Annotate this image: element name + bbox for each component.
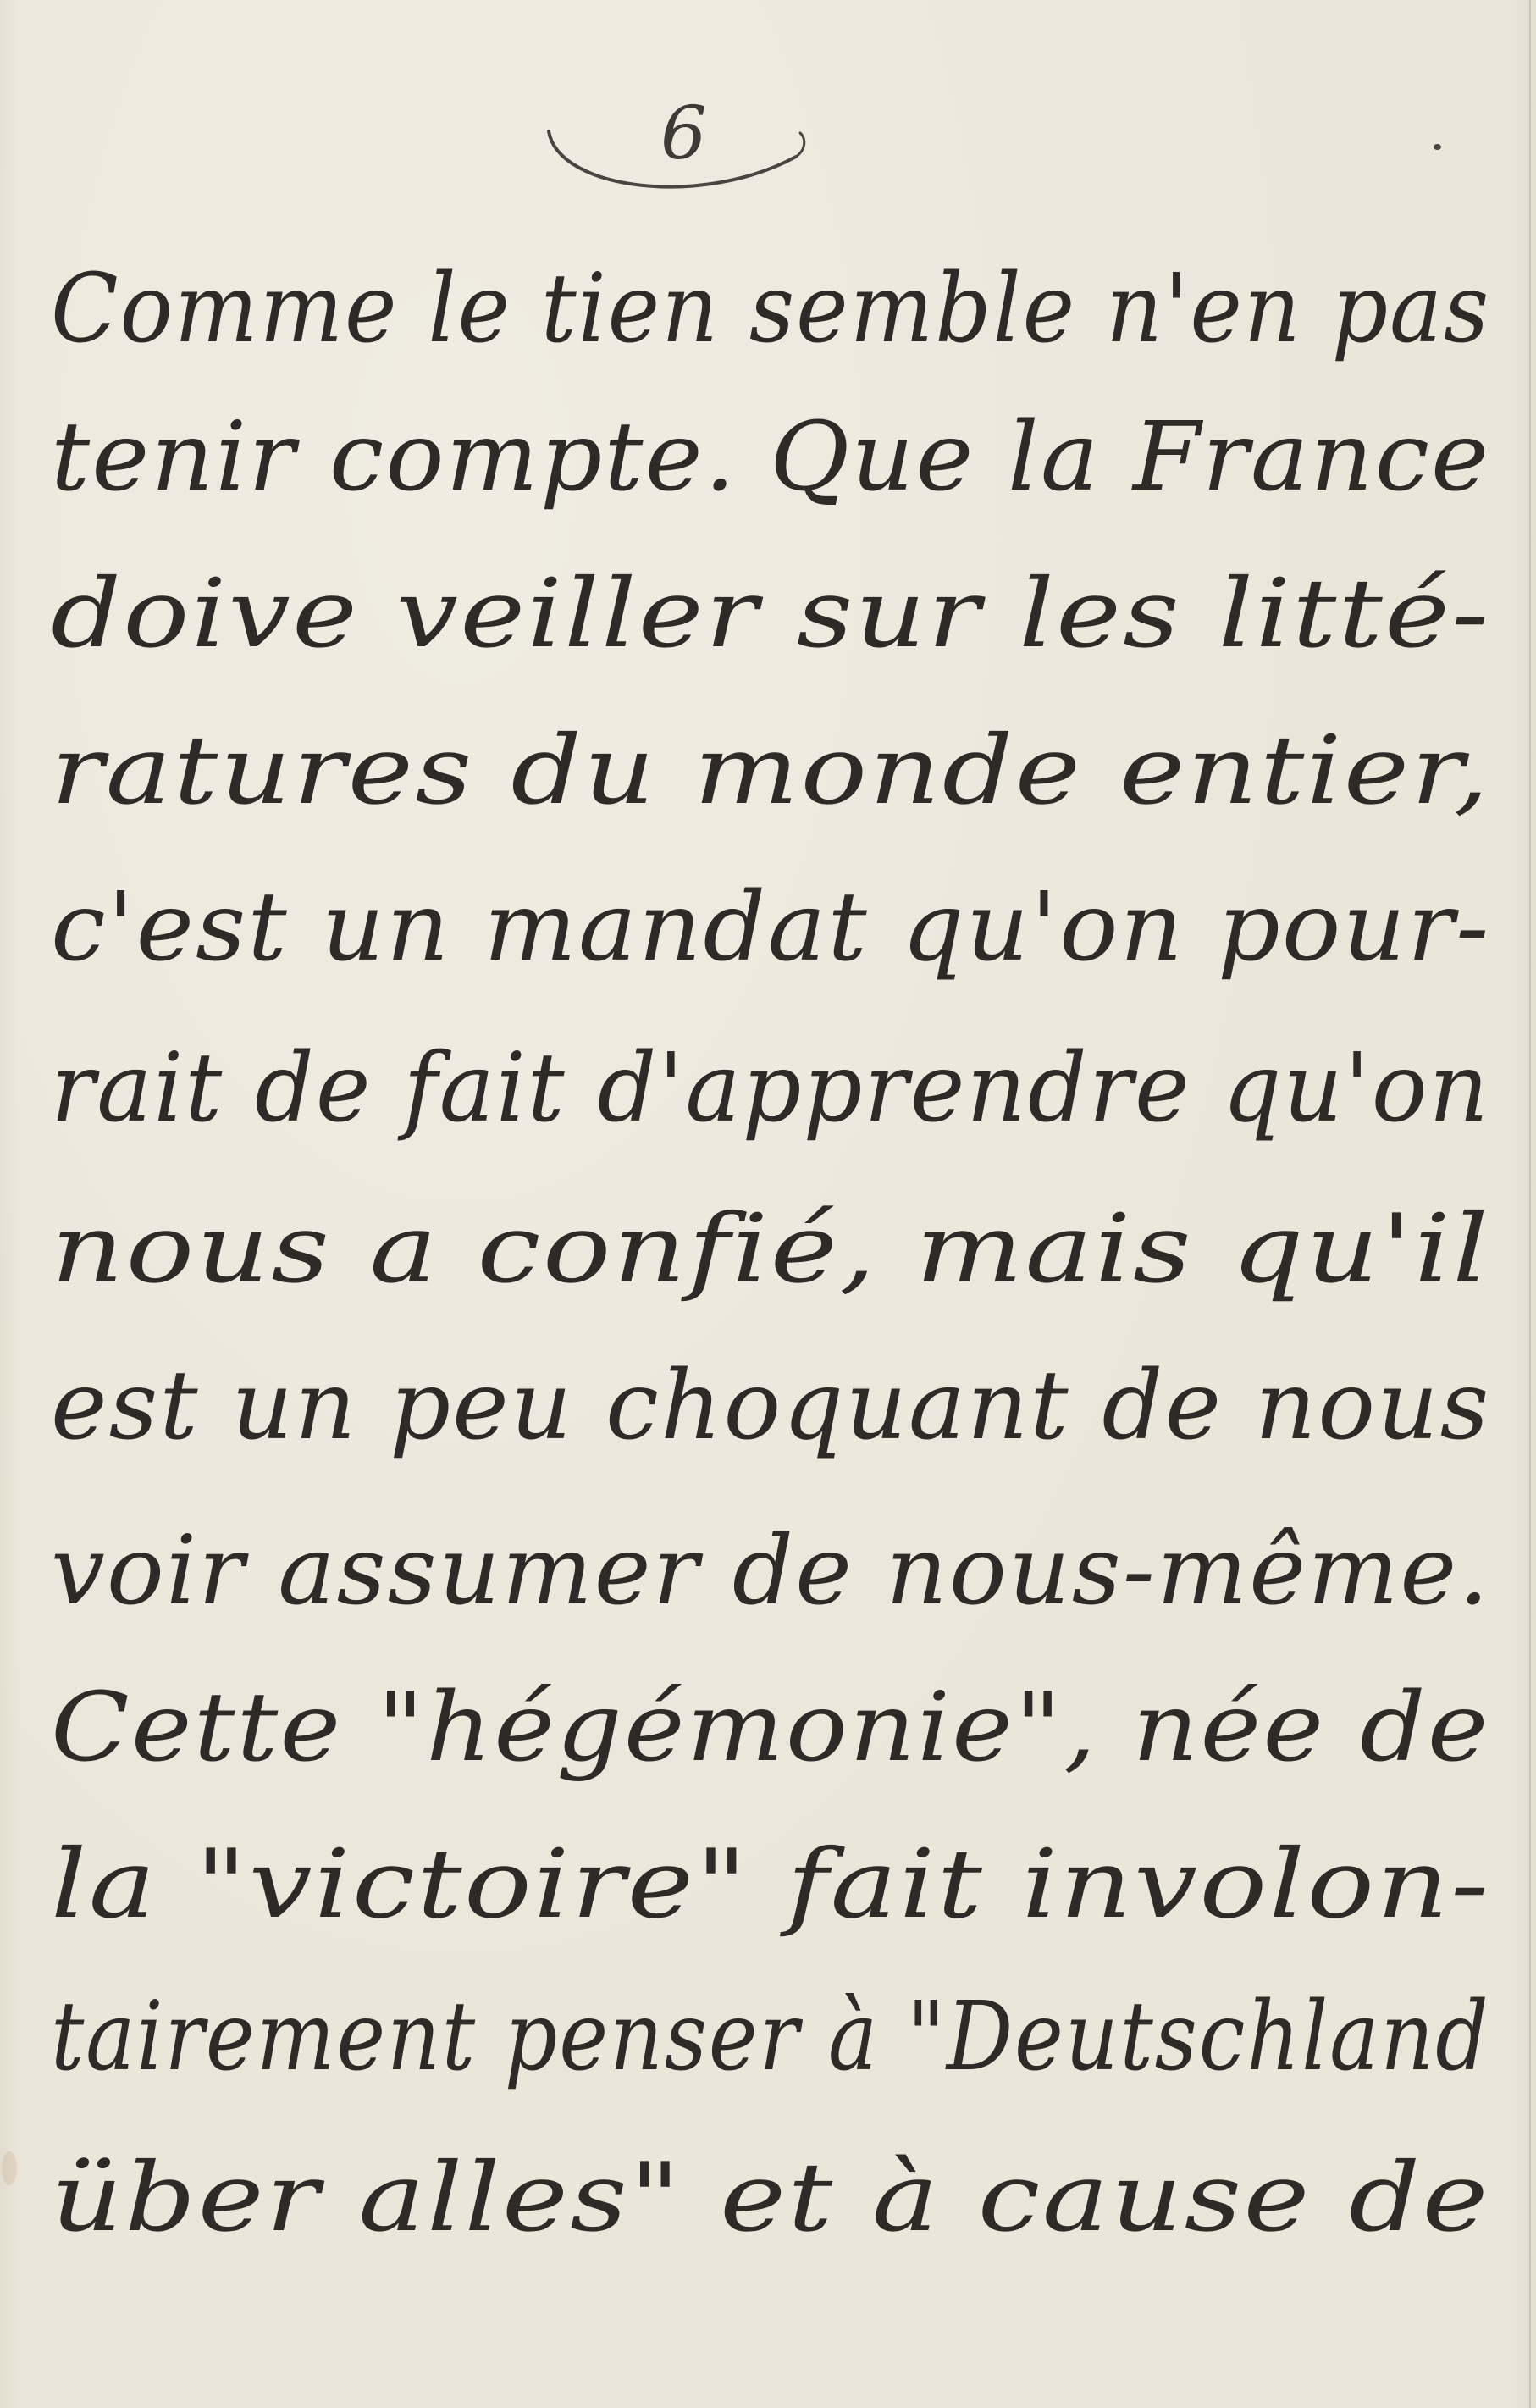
text-line-7: nous a confié, mais qu'il (51, 1194, 1490, 1304)
text-line-12: tairement penser à "Deutschland (51, 1982, 1490, 2092)
text-line-8: est un peu choquant de nous (51, 1351, 1490, 1461)
text-line-13: über alles" et à cause de (51, 2143, 1490, 2253)
ink-spot (1434, 144, 1441, 150)
text-line-2: tenir compte. Que la France (51, 402, 1490, 512)
text-line-3: doive veiller sur les litté- (51, 559, 1490, 669)
text-line-9: voir assumer de nous-même. (51, 1516, 1490, 1626)
page-edge (1529, 0, 1531, 2408)
page-number: 6 (660, 97, 707, 170)
text-line-1: Comme le tien semble n'en pas (51, 254, 1490, 364)
page-number-arc-icon (542, 97, 898, 208)
text-line-10: Cette "hégémonie", née de (51, 1673, 1490, 1783)
text-line-4: ratures du monde entier, (51, 716, 1491, 826)
text-line-6: rait de fait d'apprendre qu'on (51, 1033, 1490, 1143)
text-line-11: la "victoire" fait involon- (51, 1830, 1490, 1940)
page-number-marker: 6 (542, 97, 898, 208)
text-line-5: c'est un mandat qu'on pour- (51, 872, 1490, 983)
foxing-stain (2, 2151, 17, 2185)
